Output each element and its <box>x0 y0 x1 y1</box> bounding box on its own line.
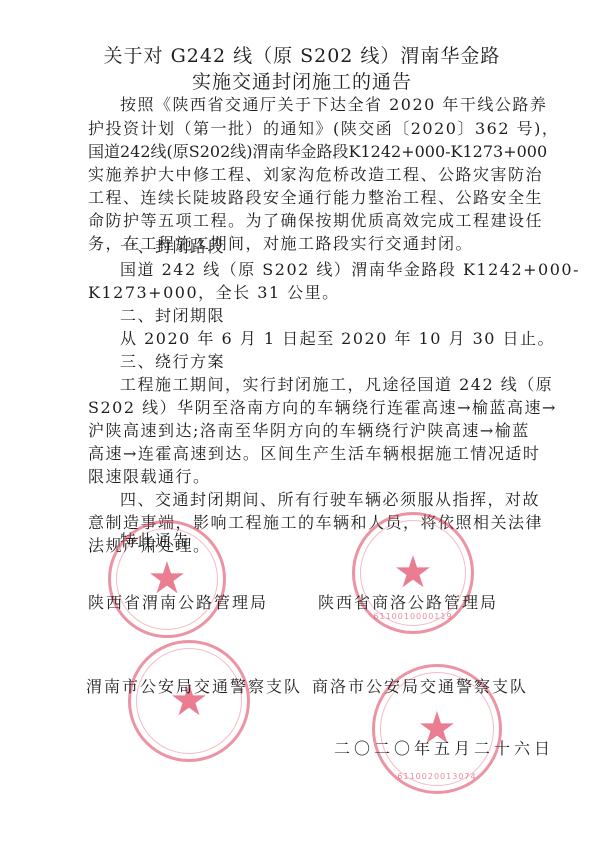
signatory-weinan-highway-bureau: 陕西省渭南公路管理局 <box>88 590 268 613</box>
official-seal-weinan-police: ★ <box>128 640 250 762</box>
body-line: 国道 242 线（原 S202 线）渭南华金路段 K1242+000- <box>120 259 560 281</box>
body-line: 工程、连续长陡坡路段安全通行能力整治工程、公路安全生 <box>88 187 528 209</box>
official-seal-shangluo-highway: ★ 6110010000119 <box>352 512 474 634</box>
section-heading-closure-period: 二、封闭期限 <box>120 305 560 327</box>
body-line: 实施养护大中修工程、刘家沟危桥改造工程、公路灾害防治 <box>88 164 528 186</box>
body-line: 高速→连霍高速到达。区间生产生活车辆根据施工情况适时 <box>88 443 528 465</box>
signatory-weinan-traffic-police: 渭南市公安局交通警察支队 <box>86 674 302 697</box>
body-line: 命防护等五项工程。为了确保按期优质高效完成工程建设任 <box>88 210 528 232</box>
body-line: 护投资计划（第一批）的通知》(陕交函〔2020〕362 号)， <box>88 118 528 140</box>
body-line: 四、交通封闭期间、所有行驶车辆必须服从指挥，对故 <box>120 489 560 511</box>
signatory-shangluo-highway-bureau: 陕西省商洛公路管理局 <box>318 590 498 613</box>
body-line: S202 线）华阴至洛南方向的车辆绕行连霍高速→榆蓝高速→ <box>88 397 528 419</box>
notice-document: 关于对 G242 线（原 S202 线）渭南华金路 实施交通封闭施工的通告 按照… <box>0 0 604 850</box>
seal-number: 6110010000119 <box>355 612 471 621</box>
section-heading-closed-segment: 一、封闭路段 <box>120 236 560 258</box>
document-title-line-1: 关于对 G242 线（原 S202 线）渭南华金路 <box>0 44 604 68</box>
star-icon: ★ <box>393 551 432 595</box>
signatory-shangluo-traffic-police: 商洛市公安局交通警察支队 <box>312 674 528 697</box>
body-line: K1273+000，全长 31 公里。 <box>88 282 528 304</box>
seal-number: 6110020013074 <box>375 772 499 781</box>
issue-date: 二〇二〇年五月二十六日 <box>334 736 554 759</box>
document-title-line-2: 实施交通封闭施工的通告 <box>0 70 604 94</box>
body-line: 按照《陕西省交通厅关于下达全省 2020 年干线公路养 <box>120 94 560 116</box>
body-line: 从 2020 年 6 月 1 日起至 2020 年 10 月 30 日止。 <box>120 328 560 350</box>
body-line: 国道242线(原S202线)渭南华金路段K1242+000-K1273+000 <box>88 141 528 163</box>
official-seal-weinan-highway: ★ <box>108 520 226 638</box>
section-heading-detour-plan: 三、绕行方案 <box>120 351 560 373</box>
body-line: 工程施工期间，实行封闭施工，凡途径国道 242 线（原 <box>120 374 560 396</box>
body-line: 沪陕高速到达;洛南至华阴方向的车辆绕行沪陕高速→榆蓝 <box>88 420 528 442</box>
body-line: 限速限载通行。 <box>88 466 528 488</box>
